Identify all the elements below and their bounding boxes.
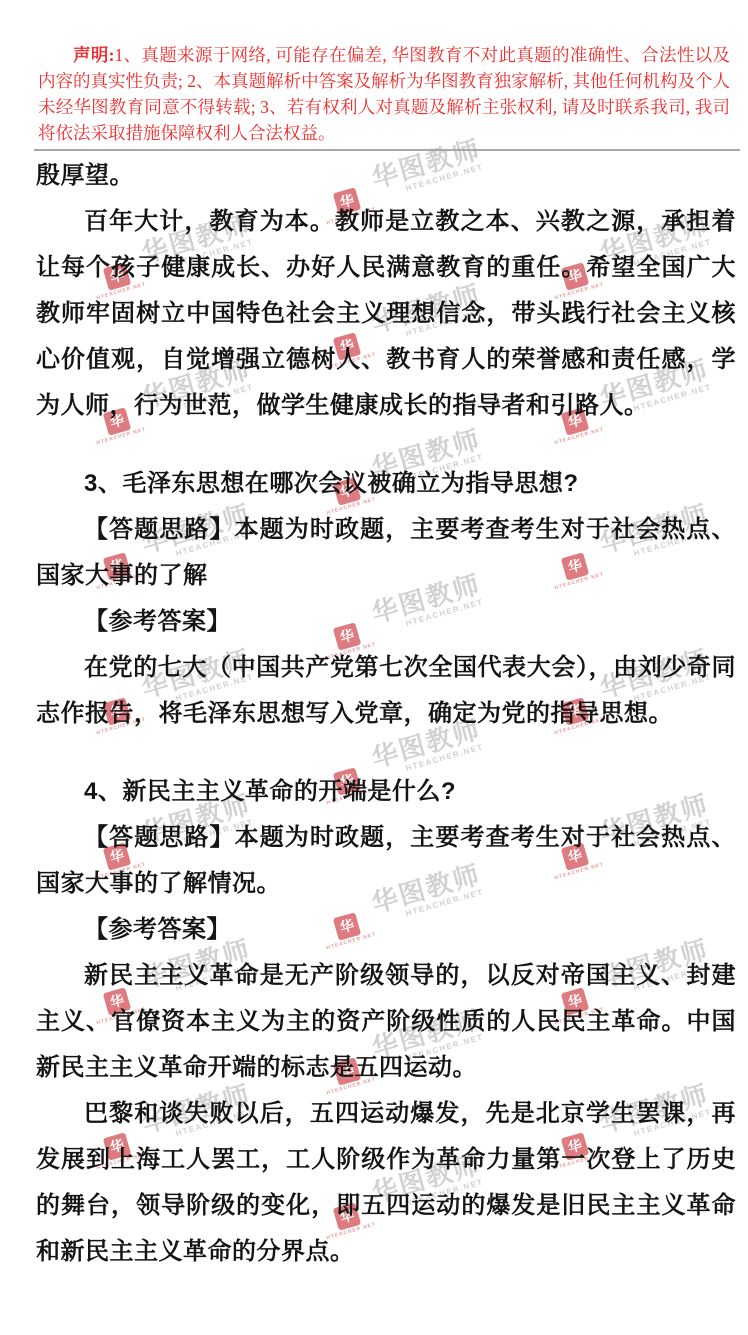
paragraph-7: 4、新民主主义革命的开端是什么? — [36, 769, 736, 815]
document-page: 华HTEACHER.NET华图教师HTEACHER.NET华HTEACHER.N… — [0, 0, 748, 1335]
paragraph-1: 殷厚望。 — [36, 153, 736, 199]
paragraph-4: 【答题思路】本题为时政题，主要考查考生对于社会热点、国家大事的了解 — [36, 507, 736, 599]
paragraph-9: 【参考答案】 — [36, 907, 736, 953]
paragraph-3: 3、毛泽东思想在哪次会议被确立为指导思想? — [36, 461, 736, 507]
paragraph-6: 在党的七大（中国共产党第七次全国代表大会），由刘少奇同志作报告，将毛泽东思想写入… — [36, 645, 736, 737]
disclaimer-label: 声明: — [73, 45, 115, 65]
paragraph-11: 巴黎和谈失败以后，五四运动爆发，先是北京学生罢课，再发展到上海工人罢工，工人阶级… — [36, 1091, 736, 1275]
paragraph-8: 【答题思路】本题为时政题，主要考查考生对于社会热点、国家大事的了解情况。 — [36, 815, 736, 907]
disclaimer-text: 声明:1、真题来源于网络, 可能存在偏差, 华图教育不对此真题的准确性、合法性以… — [0, 0, 748, 146]
disclaimer-body: 1、真题来源于网络, 可能存在偏差, 华图教育不对此真题的准确性、合法性以及内容… — [38, 45, 730, 143]
paragraph-5: 【参考答案】 — [36, 599, 736, 645]
paragraph-2: 百年大计，教育为本。教师是立教之本、兴教之源，承担着让每个孩子健康成长、办好人民… — [36, 199, 736, 429]
document-content: 殷厚望。百年大计，教育为本。教师是立教之本、兴教之源，承担着让每个孩子健康成长、… — [0, 151, 748, 1275]
paragraph-10: 新民主主义革命是无产阶级领导的，以反对帝国主义、封建主义、官僚资本主义为主的资产… — [36, 953, 736, 1091]
